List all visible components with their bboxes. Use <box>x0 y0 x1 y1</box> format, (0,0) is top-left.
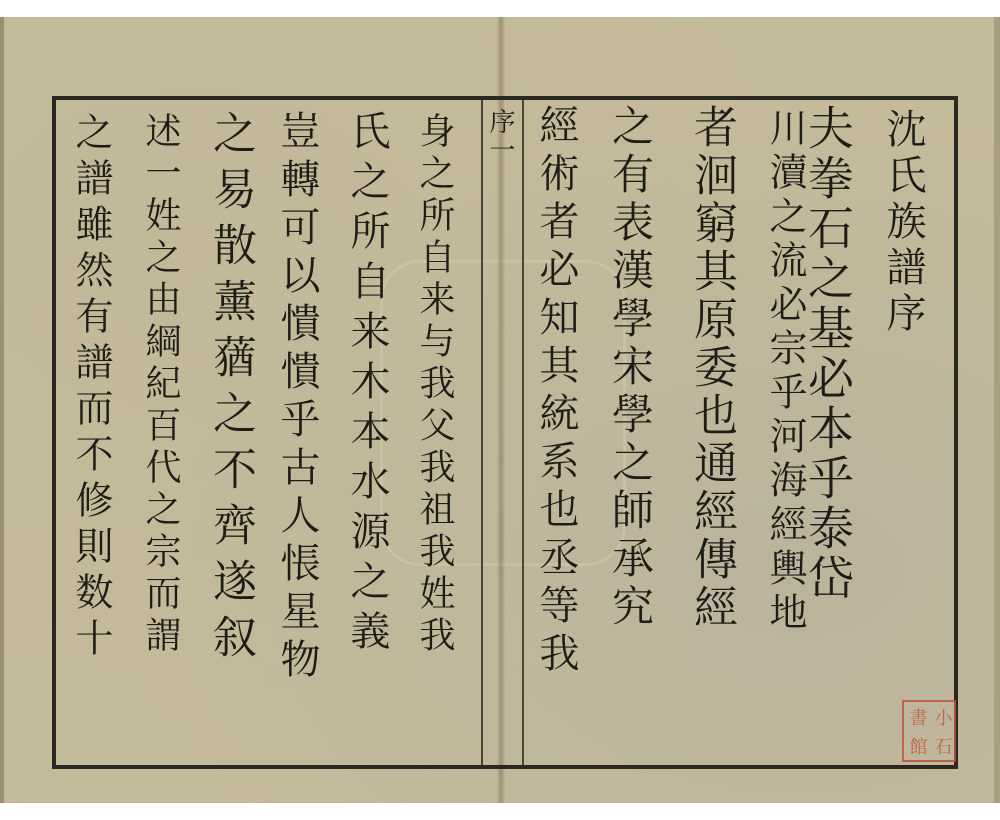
page-left-edge <box>0 17 4 803</box>
center-column-line-left <box>481 100 483 765</box>
section-label: 序一 <box>485 108 515 164</box>
text-column-r5: 經術者必知其統系也丞等我 <box>532 104 580 680</box>
text-column-l3: 豈轉可以憒憒乎古人悵星物 <box>274 110 320 686</box>
red-seal-stamp: 小 石 書 館 <box>902 700 956 762</box>
text-column-r4: 之有表漢學宋學之師承究 <box>605 104 655 632</box>
seal-char: 書 <box>904 702 929 731</box>
seal-char: 小 <box>929 702 954 731</box>
text-column-l6: 之譜雖然有譜而不修則数十 <box>68 112 114 664</box>
text-column-l2: 氏之所自来木本水源之義 <box>344 110 390 660</box>
text-column-l1: 身之所自来与我父我祖我姓我 <box>412 112 456 658</box>
text-column-l4: 之易散薰蕕之不齊遂叙 <box>205 110 255 670</box>
document-title: 沈氏族譜序 <box>880 108 926 338</box>
seal-char: 館 <box>904 731 929 760</box>
page-right-edge <box>994 17 1000 803</box>
text-column-r3: 者洄窮其原委也通經傳經 <box>685 104 737 632</box>
text-column-r2: 川瀆之流必宗乎河海經輿地 <box>762 108 808 636</box>
center-column-line-right <box>522 100 524 765</box>
text-column-r1: 夫拳石之基必本乎泰岱 <box>800 104 856 604</box>
text-column-l5: 述一姓之由綱紀百代之宗而謂 <box>138 112 182 658</box>
seal-char: 石 <box>929 731 954 760</box>
